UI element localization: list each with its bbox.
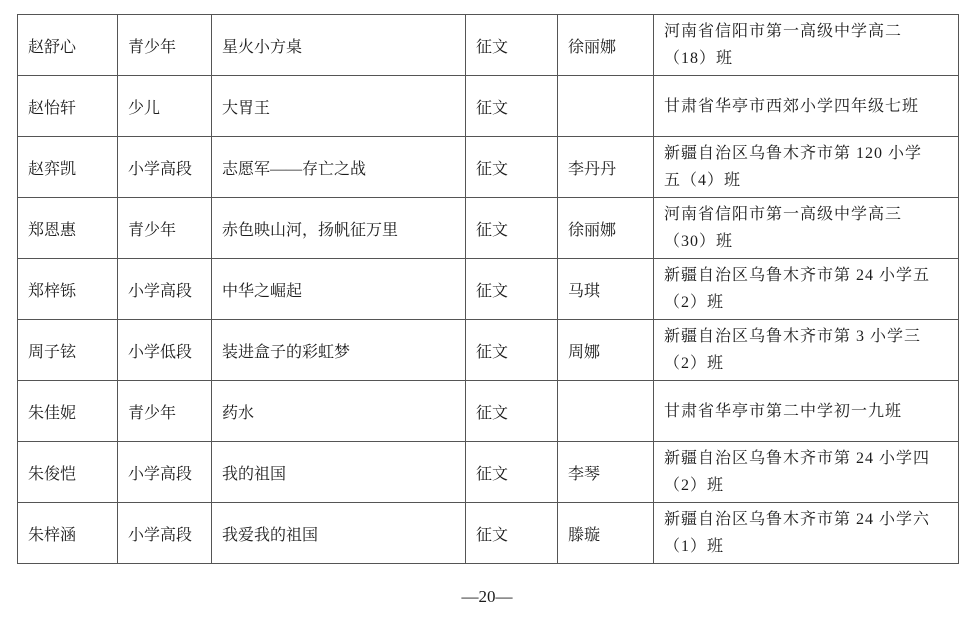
cell-work-title: 装进盒子的彩虹梦 [212,320,466,381]
cell-work-title: 药水 [212,381,466,442]
cell-entry-type: 征文 [466,503,558,564]
table-row: 郑梓铄 小学高段 中华之崛起 征文 马琪 新疆自治区乌鲁木齐市第 24 小学五 … [18,259,959,320]
cell-age-group: 小学高段 [118,442,212,503]
cell-age-group: 小学高段 [118,137,212,198]
cell-school-class: 甘肃省华亭市第二中学初一九班 [654,381,959,442]
cell-teacher-name: 周娜 [558,320,654,381]
cell-entrant-name: 郑梓铄 [18,259,118,320]
cell-teacher-name: 滕璇 [558,503,654,564]
cell-school-class: 新疆自治区乌鲁木齐市第 24 小学六 （1）班 [654,503,959,564]
cell-work-title: 志愿军——存亡之战 [212,137,466,198]
cell-school-class: 新疆自治区乌鲁木齐市第 120 小学 五（4）班 [654,137,959,198]
table-row: 周子铉 小学低段 装进盒子的彩虹梦 征文 周娜 新疆自治区乌鲁木齐市第 3 小学… [18,320,959,381]
cell-school-class: 新疆自治区乌鲁木齐市第 24 小学五 （2）班 [654,259,959,320]
cell-entrant-name: 朱梓涵 [18,503,118,564]
cell-work-title: 我的祖国 [212,442,466,503]
cell-age-group: 小学低段 [118,320,212,381]
cell-age-group: 少儿 [118,76,212,137]
cell-age-group: 青少年 [118,381,212,442]
cell-school-class: 新疆自治区乌鲁木齐市第 24 小学四 （2）班 [654,442,959,503]
cell-entrant-name: 赵怡轩 [18,76,118,137]
table-row: 郑恩惠 青少年 赤色映山河，扬帆征万里 征文 徐丽娜 河南省信阳市第一高级中学高… [18,198,959,259]
cell-teacher-name: 李琴 [558,442,654,503]
cell-entry-type: 征文 [466,259,558,320]
cell-school-class: 河南省信阳市第一高级中学高三 （30）班 [654,198,959,259]
cell-work-title: 我爱我的祖国 [212,503,466,564]
cell-school-class: 河南省信阳市第一高级中学高二 （18）班 [654,15,959,76]
document-page: 赵舒心 青少年 星火小方桌 征文 徐丽娜 河南省信阳市第一高级中学高二 （18）… [0,0,974,630]
table-row: 赵弈凯 小学高段 志愿军——存亡之战 征文 李丹丹 新疆自治区乌鲁木齐市第 12… [18,137,959,198]
cell-entry-type: 征文 [466,15,558,76]
table-row: 朱梓涵 小学高段 我爱我的祖国 征文 滕璇 新疆自治区乌鲁木齐市第 24 小学六… [18,503,959,564]
cell-work-title: 中华之崛起 [212,259,466,320]
cell-teacher-name: 马琪 [558,259,654,320]
cell-teacher-name [558,381,654,442]
cell-work-title: 赤色映山河，扬帆征万里 [212,198,466,259]
award-entries-table: 赵舒心 青少年 星火小方桌 征文 徐丽娜 河南省信阳市第一高级中学高二 （18）… [17,14,959,564]
cell-work-title: 大胃王 [212,76,466,137]
cell-entry-type: 征文 [466,320,558,381]
cell-work-title: 星火小方桌 [212,15,466,76]
cell-teacher-name: 李丹丹 [558,137,654,198]
table-row: 朱佳妮 青少年 药水 征文 甘肃省华亭市第二中学初一九班 [18,381,959,442]
table-row: 朱俊恺 小学高段 我的祖国 征文 李琴 新疆自治区乌鲁木齐市第 24 小学四 （… [18,442,959,503]
cell-teacher-name: 徐丽娜 [558,198,654,259]
cell-age-group: 小学高段 [118,503,212,564]
cell-entry-type: 征文 [466,442,558,503]
cell-entrant-name: 赵弈凯 [18,137,118,198]
cell-entry-type: 征文 [466,198,558,259]
cell-age-group: 青少年 [118,198,212,259]
cell-age-group: 小学高段 [118,259,212,320]
cell-entry-type: 征文 [466,76,558,137]
cell-teacher-name: 徐丽娜 [558,15,654,76]
cell-entrant-name: 周子铉 [18,320,118,381]
cell-entrant-name: 朱俊恺 [18,442,118,503]
cell-entrant-name: 郑恩惠 [18,198,118,259]
cell-age-group: 青少年 [118,15,212,76]
cell-entrant-name: 朱佳妮 [18,381,118,442]
table-row: 赵怡轩 少儿 大胃王 征文 甘肃省华亭市西郊小学四年级七班 [18,76,959,137]
cell-teacher-name [558,76,654,137]
cell-school-class: 甘肃省华亭市西郊小学四年级七班 [654,76,959,137]
page-number: —20— [0,587,974,607]
cell-entry-type: 征文 [466,381,558,442]
cell-entry-type: 征文 [466,137,558,198]
table-row: 赵舒心 青少年 星火小方桌 征文 徐丽娜 河南省信阳市第一高级中学高二 （18）… [18,15,959,76]
cell-entrant-name: 赵舒心 [18,15,118,76]
cell-school-class: 新疆自治区乌鲁木齐市第 3 小学三 （2）班 [654,320,959,381]
